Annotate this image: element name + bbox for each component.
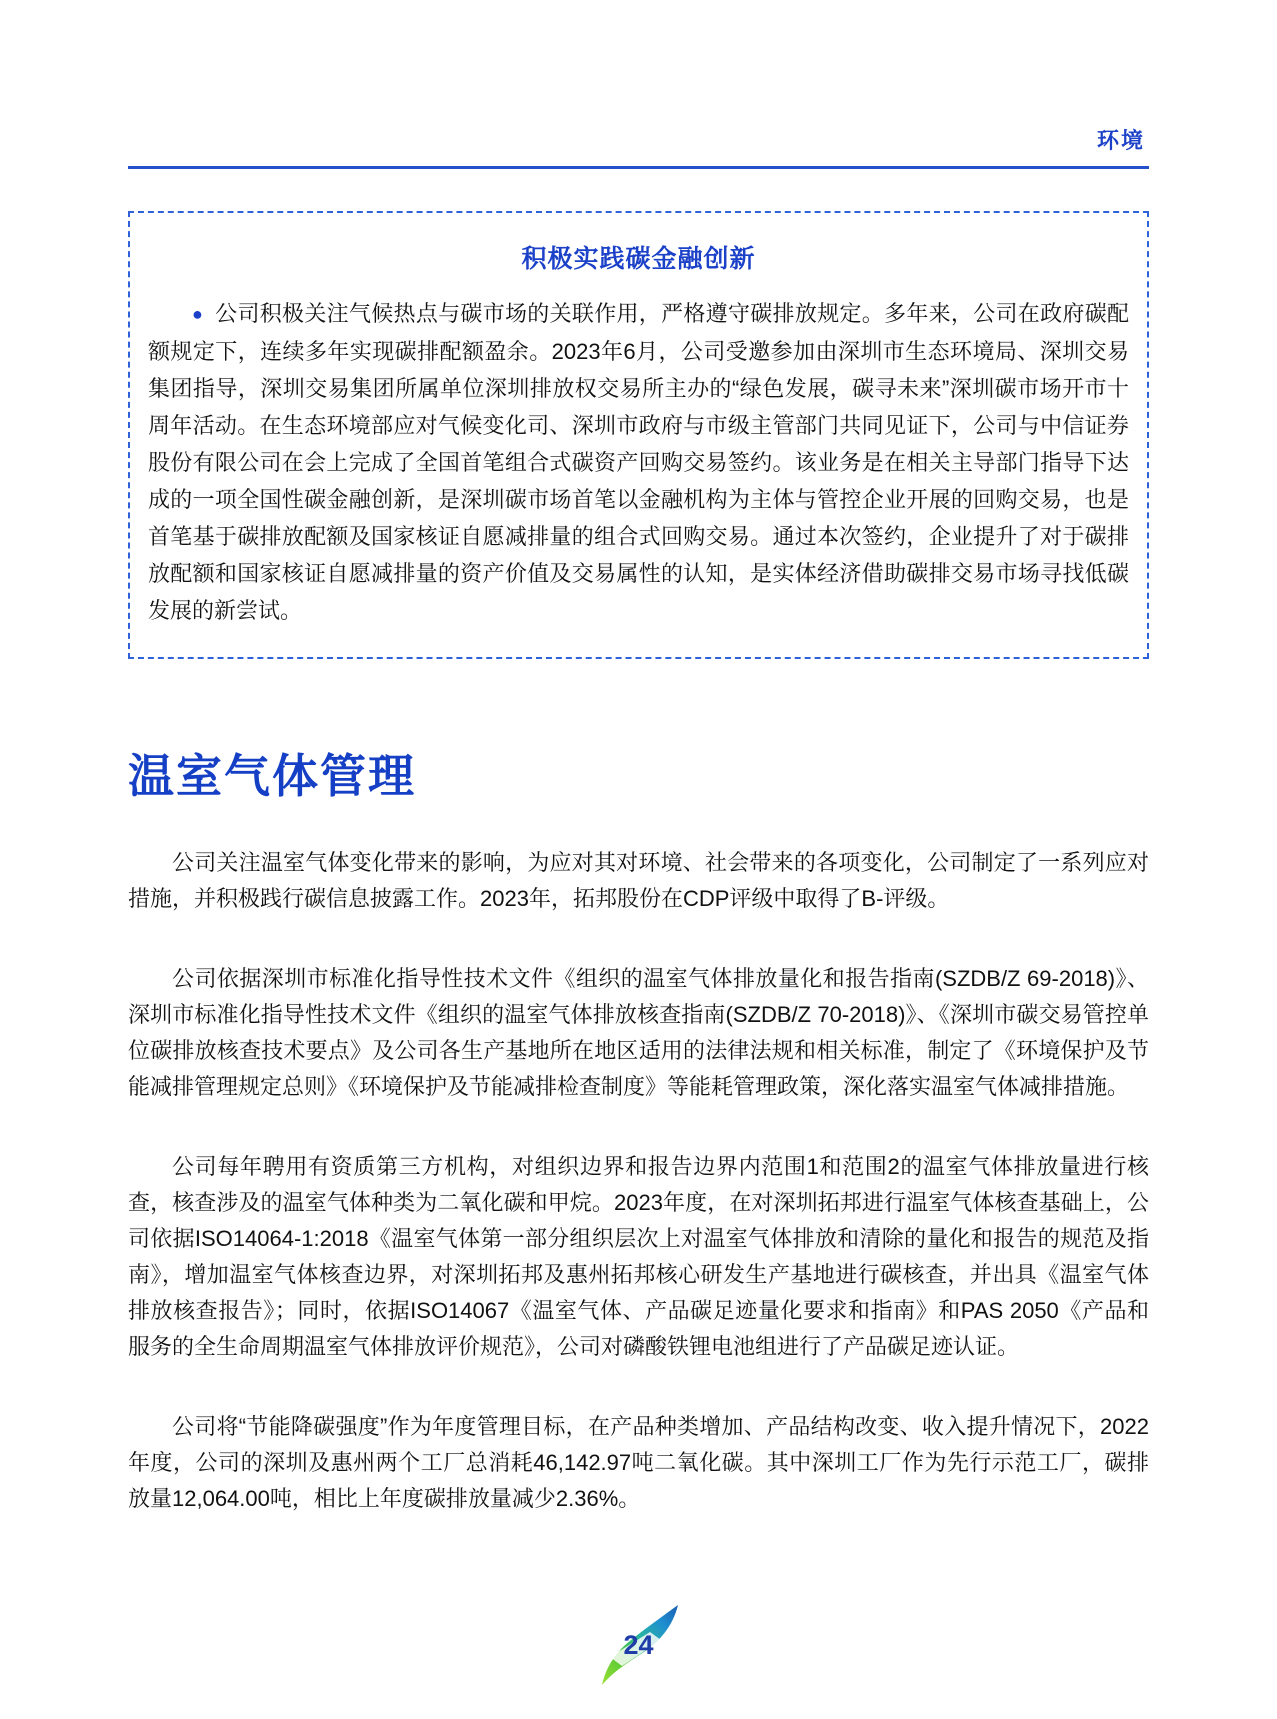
paragraph-carbon-reduction-target: 公司将“节能降碳强度”作为年度管理目标，在产品种类增加、产品结构改变、收入提升情… (128, 1409, 1149, 1517)
bullet-icon: ● (192, 304, 203, 324)
callout-title: 积极实践碳金融创新 (148, 239, 1129, 275)
page-footer: 24 (597, 1603, 681, 1689)
paragraph-standards-policies: 公司依据深圳市标准化指导性技术文件《组织的温室气体排放量化和报告指南(SZDB/… (128, 961, 1149, 1105)
page-number: 24 (597, 1630, 681, 1661)
section-heading-ghg-management: 温室气体管理 (128, 749, 1149, 803)
section-label: 环境 (128, 124, 1149, 155)
paragraph-third-party-verification: 公司每年聘用有资质第三方机构，对组织边界和报告边界内范围1和范围2的温室气体排放… (128, 1149, 1149, 1365)
callout-paragraph-text: 公司积极关注气候热点与碳市场的关联作用，严格遵守碳排放规定。多年来，公司在政府碳… (148, 301, 1129, 623)
callout-paragraph: ●公司积极关注气候热点与碳市场的关联作用，严格遵守碳排放规定。多年来，公司在政府… (148, 295, 1129, 629)
body-paragraphs: 公司关注温室气体变化带来的影响，为应对其对环境、社会带来的各项变化，公司制定了一… (128, 845, 1149, 1517)
carbon-finance-callout: 积极实践碳金融创新 ●公司积极关注气候热点与碳市场的关联作用，严格遵守碳排放规定… (128, 211, 1149, 659)
page-content: 环境 积极实践碳金融创新 ●公司积极关注气候热点与碳市场的关联作用，严格遵守碳排… (0, 0, 1277, 1517)
page-header: 环境 (128, 0, 1149, 169)
paragraph-cdp-rating: 公司关注温室气体变化带来的影响，为应对其对环境、社会带来的各项变化，公司制定了一… (128, 845, 1149, 917)
header-divider (128, 166, 1149, 169)
report-page: 环境 积极实践碳金融创新 ●公司积极关注气候热点与碳市场的关联作用，严格遵守碳排… (0, 0, 1277, 1719)
